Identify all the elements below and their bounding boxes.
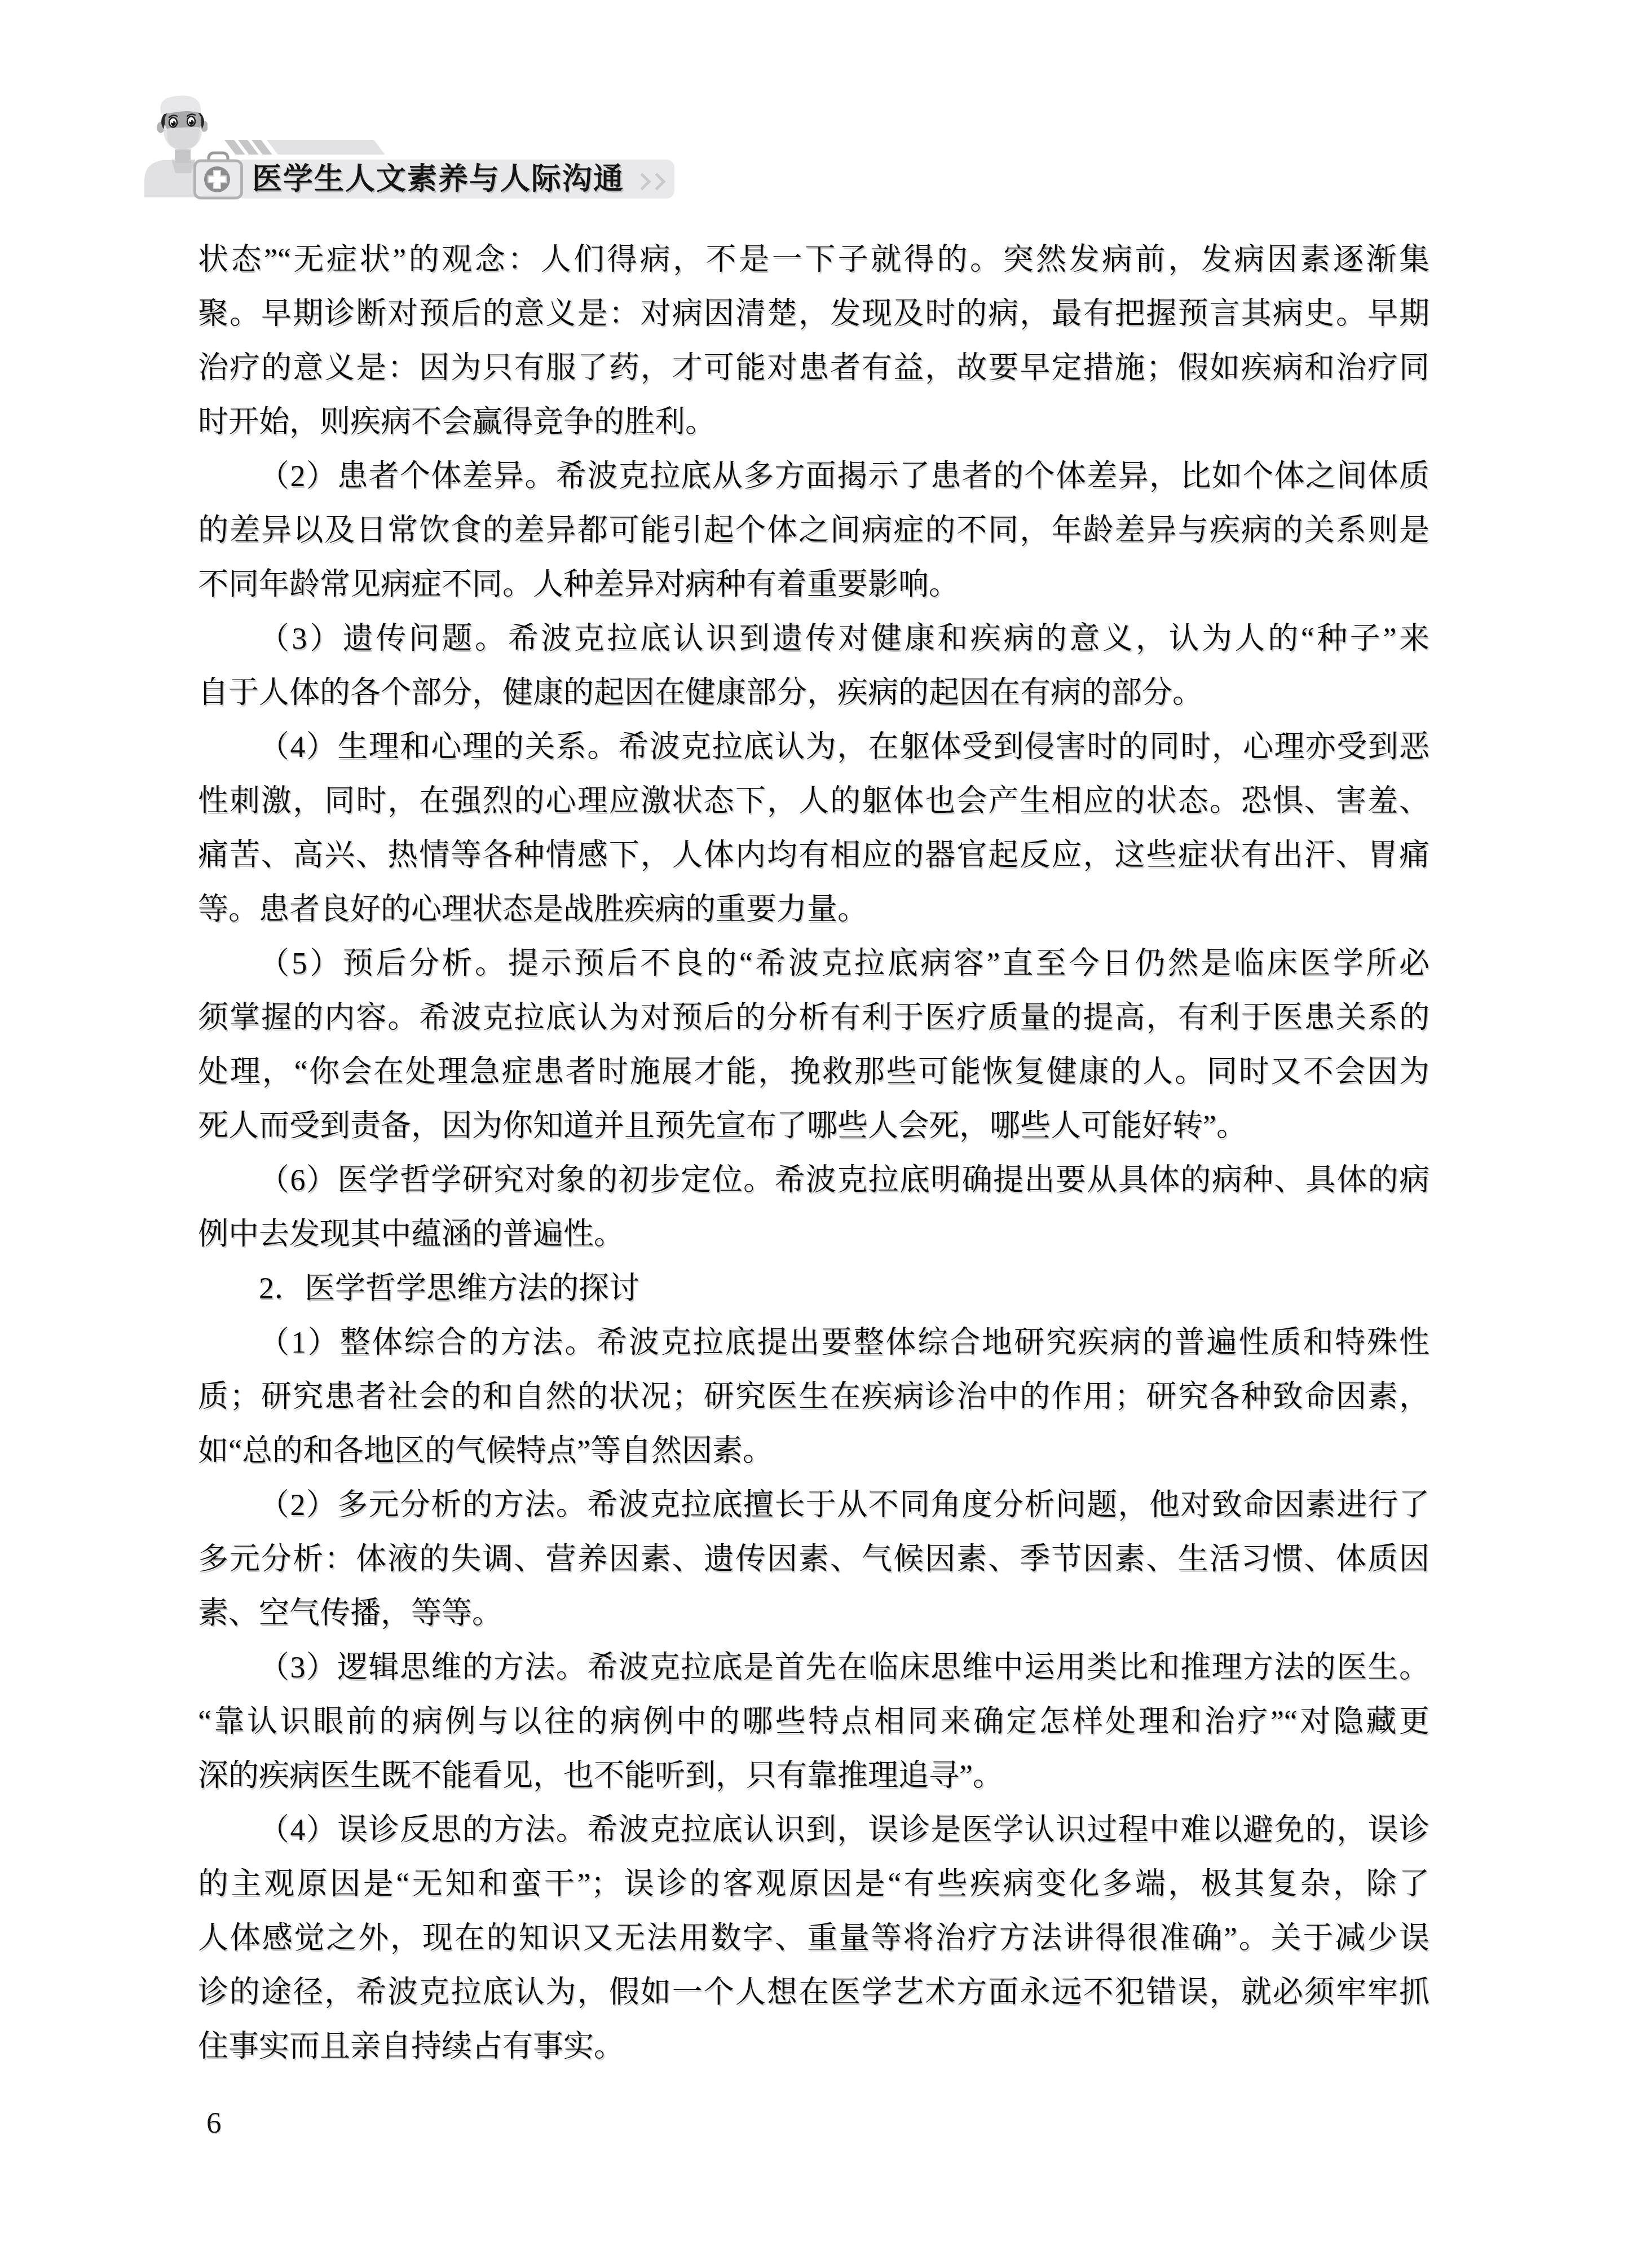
text-line: 住事实而且亲自持续占有事实。 (198, 2019, 1430, 2073)
page-number: 6 (206, 2106, 222, 2141)
stripe-decoration (267, 140, 385, 155)
paragraph: （5）预后分析。提示预后不良的“希波克拉底病容”直至今日仍然是临床医学所必须掌握… (198, 936, 1430, 1153)
text-line: （6）医学哲学研究对象的初步定位。希波克拉底明确提出要从具体的病种、具体的病 (198, 1153, 1430, 1207)
text-line: 须掌握的内容。希波克拉底认为对预后的分析有利于医疗质量的提高，有利于医患关系的 (198, 990, 1430, 1045)
text-line: 治疗的意义是：因为只有服了药，才可能对患者有益，故要早定措施；假如疾病和治疗同 (198, 341, 1430, 395)
text-line: （3）遗传问题。希波克拉底认识到遗传对健康和疾病的意义，认为人的“种子”来 (198, 611, 1430, 666)
text-line: （5）预后分析。提示预后不良的“希波克拉底病容”直至今日仍然是临床医学所必 (198, 936, 1430, 990)
text-line: 性刺激，同时，在强烈的心理应激状态下，人的躯体也会产生相应的状态。恐惧、害羞、 (198, 774, 1430, 828)
paragraph: （3）逻辑思维的方法。希波克拉底是首先在临床思维中运用类比和推理方法的医生。“靠… (198, 1640, 1430, 1803)
paragraph: （2）多元分析的方法。希波克拉底擅长于从不同角度分析问题，他对致命因素进行了多元… (198, 1478, 1430, 1640)
text-line: 处理，“你会在处理急症患者时施展才能，挽救那些可能恢复健康的人。同时又不会因为 (198, 1045, 1430, 1099)
paragraph: （6）医学哲学研究对象的初步定位。希波克拉底明确提出要从具体的病种、具体的病例中… (198, 1153, 1430, 1261)
text-line: 如“总的和各地区的气候特点”等自然因素。 (198, 1424, 1430, 1478)
text-line: 深的疾病医生既不能看见，也不能听到，只有靠推理追寻”。 (198, 1749, 1430, 1803)
text-line: 聚。早期诊断对预后的意义是：对病因清楚，发现及时的病，最有把握预言其病史。早期 (198, 287, 1430, 341)
book-page: 医学生人文素养与人际沟通 状态”“无症状”的观念：人们得病，不是一下子就得的。突… (0, 0, 1628, 2268)
section-heading: 2．医学哲学思维方法的探讨 (198, 1261, 1430, 1315)
text-line: 质；研究患者社会的和自然的状况；研究医生在疾病诊治中的作用；研究各种致命因素， (198, 1369, 1430, 1424)
text-line: 痛苦、高兴、热情等各种情感下，人体内均有相应的器官起反应，这些症状有出汗、胃痛 (198, 828, 1430, 882)
text-line: 等。患者良好的心理状态是战胜疾病的重要力量。 (198, 882, 1430, 936)
paragraph: （1）整体综合的方法。希波克拉底提出要整体综合地研究疾病的普遍性质和特殊性质；研… (198, 1315, 1430, 1478)
paragraph: （4）生理和心理的关系。希波克拉底认为，在躯体受到侵害时的同时，心理亦受到恶性刺… (198, 720, 1430, 936)
text-line: （2）患者个体差异。希波克拉底从多方面揭示了患者的个体差异，比如个体之间体质 (198, 449, 1430, 503)
text-line: 的主观原因是“无知和蛮干”；误诊的客观原因是“有些疾病变化多端，极其复杂，除了 (198, 1857, 1430, 1911)
text-line: 人体感觉之外，现在的知识又无法用数字、重量等将治疗方法讲得很准确”。关于减少误 (198, 1911, 1430, 1965)
text-line: 多元分析：体液的失调、营养因素、遗传因素、气候因素、季节因素、生活习惯、体质因 (198, 1532, 1430, 1586)
text-line: 素、空气传播，等等。 (198, 1586, 1430, 1640)
text-line: “靠认识眼前的病例与以往的病例中的哪些特点相同来确定怎样处理和治疗”“对隐藏更 (198, 1694, 1430, 1749)
text-line: 的差异以及日常饮食的差异都可能引起个体之间病症的不同，年龄差异与疾病的关系则是 (198, 503, 1430, 557)
body-text: 状态”“无症状”的观念：人们得病，不是一下子就得的。突然发病前，发病因素逐渐集聚… (198, 232, 1430, 2073)
paragraph: （3）遗传问题。希波克拉底认识到遗传对健康和疾病的意义，认为人的“种子”来自于人… (198, 611, 1430, 720)
first-aid-kit-icon (193, 151, 243, 200)
text-line: 2．医学哲学思维方法的探讨 (198, 1261, 1430, 1315)
text-line: 时开始，则疾病不会赢得竞争的胜利。 (198, 395, 1430, 449)
paragraph: （2）患者个体差异。希波克拉底从多方面揭示了患者的个体差异，比如个体之间体质的差… (198, 449, 1430, 611)
text-line: （1）整体综合的方法。希波克拉底提出要整体综合地研究疾病的普遍性质和特殊性 (198, 1315, 1430, 1369)
text-line: （4）误诊反思的方法。希波克拉底认识到，误诊是医学认识过程中难以避免的，误诊 (198, 1803, 1430, 1857)
text-line: 例中去发现其中蕴涵的普遍性。 (198, 1207, 1430, 1261)
book-title: 医学生人文素养与人际沟通 (252, 160, 624, 199)
text-line: 不同年龄常见病症不同。人种差异对病种有着重要影响。 (198, 557, 1430, 611)
paragraph: 状态”“无症状”的观念：人们得病，不是一下子就得的。突然发病前，发病因素逐渐集聚… (198, 232, 1430, 449)
text-line: 诊的途径，希波克拉底认为，假如一个人想在医学艺术方面永远不犯错误，就必须牢牢抓 (198, 1965, 1430, 2019)
text-line: 状态”“无症状”的观念：人们得病，不是一下子就得的。突然发病前，发病因素逐渐集 (198, 232, 1430, 287)
text-line: （2）多元分析的方法。希波克拉底擅长于从不同角度分析问题，他对致命因素进行了 (198, 1478, 1430, 1532)
text-line: 死人而受到责备，因为你知道并且预先宣布了哪些人会死，哪些人可能好转”。 (198, 1099, 1430, 1153)
text-line: 自于人体的各个部分，健康的起因在健康部分，疾病的起因在有病的部分。 (198, 666, 1430, 720)
paragraph: （4）误诊反思的方法。希波克拉底认识到，误诊是医学认识过程中难以避免的，误诊的主… (198, 1803, 1430, 2073)
text-line: （3）逻辑思维的方法。希波克拉底是首先在临床思维中运用类比和推理方法的医生。 (198, 1640, 1430, 1694)
text-line: （4）生理和心理的关系。希波克拉底认为，在躯体受到侵害时的同时，心理亦受到恶 (198, 720, 1430, 774)
